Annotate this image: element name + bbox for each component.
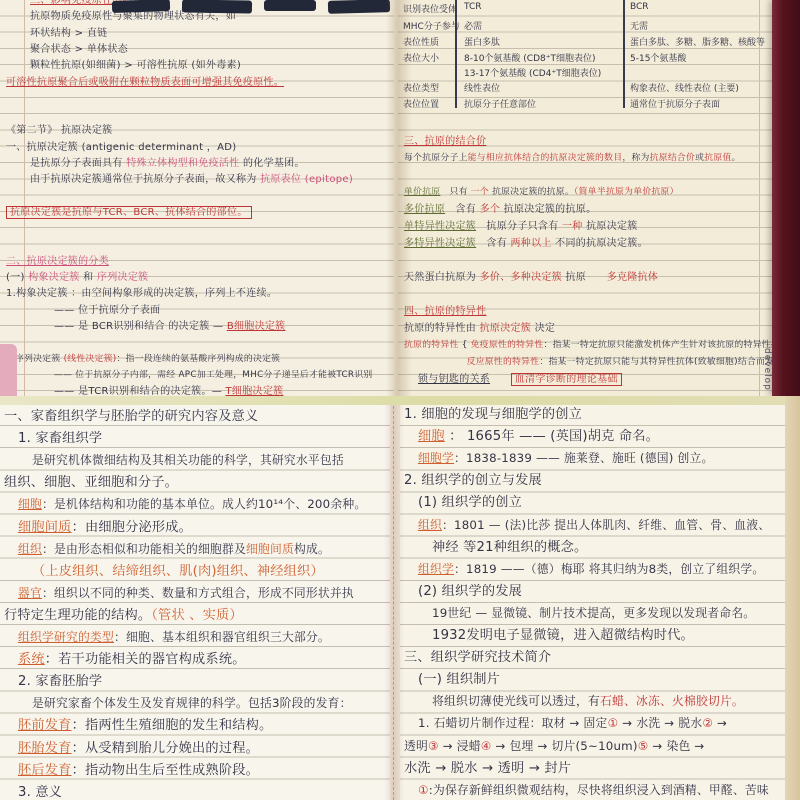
text-segment: 抗原表位 (epitope) (260, 174, 353, 185)
text-segment: 是研究机体微细结构及其相关功能的科学，其研究水平包括 (32, 453, 344, 467)
text-segment: 19世纪 — 显微镜、制片技术提高，更多发现以发现者命名。 (432, 606, 755, 620)
text-segment: (线性决定簇) (64, 354, 117, 364)
notebook-spine (386, 0, 412, 396)
note-line: 抗原决定簇是抗原与TCR、BCR、抗体结合的部位。 (6, 205, 252, 220)
note-line: 四、抗原的特异性 (404, 304, 486, 319)
text-segment: 抗原决定簇 (480, 323, 532, 334)
text-segment (490, 374, 511, 385)
text-segment: 和 (80, 272, 97, 283)
text-segment: 只有 (440, 187, 470, 197)
text-segment: 不同的抗原决定簇。 (552, 238, 648, 249)
text-segment: 两种以上 (511, 238, 552, 249)
note-line: 是研究机体微细结构及其相关功能的科学，其研究水平包括 (32, 450, 344, 471)
note-line: 胚后发育：指动物出生后至性成熟阶段。 (18, 760, 259, 781)
text-segment: ：是机体结构和功能的基本单位。成人约10¹⁴个、200余种。 (42, 497, 366, 511)
note-line: 锁与钥匙的关系 血清学诊断的理论基础 (418, 372, 622, 387)
note-line: 由于抗原决定簇通常位于抗原分子表面，故又称为 抗原表位 (epitope) (30, 172, 353, 187)
note-line: 《第二节》 抗原决定簇 (6, 123, 112, 138)
notebook-spine (384, 396, 404, 800)
note-line: 颗粒性抗原(如细菌) > 可溶性抗原 (如外毒素) (30, 58, 241, 73)
text-segment: 组织 (418, 518, 442, 532)
text-segment: 器官 (18, 586, 42, 600)
note-line: 2.序列决定簇 (线性决定簇)：指一段连续的氨基酸序列构成的决定簇 (6, 352, 280, 367)
margin-note: develop (760, 348, 772, 391)
text-segment: → 染色 → (648, 739, 704, 753)
note-line: 是抗原分子表面具有 特殊立体构型和免疫活性 的化学基团。 (30, 156, 305, 171)
text-segment: ：指两性生殖细胞的发生和结构。 (72, 718, 273, 733)
note-line: 1. 细胞的发现与细胞学的创立 (404, 404, 582, 425)
note-line: 器官：组织以不同的种类、数量和方式组合，形成不同形状并执 (18, 583, 354, 604)
text-segment: 天然蛋白抗原为 (404, 272, 480, 283)
text-segment: 2. 家畜胚胎学 (18, 674, 102, 689)
text-segment: 每个抗原分子上 (404, 153, 468, 163)
text-segment: 特殊立体构型和免疫活性 (126, 158, 239, 169)
text-segment: 透明 (404, 739, 428, 753)
text-segment: 抗原决定簇的抗原。 (500, 204, 596, 215)
note-line: —— 是TCR识别和结合的决定簇。— T细胞决定簇 (54, 384, 283, 396)
text-segment: 三、组织学研究技术简介 (404, 650, 551, 665)
text-segment: ① (608, 716, 619, 730)
text-segment: 一、家畜组织学与胚胎学的研究内容及意义 (4, 409, 258, 424)
text-segment: 多特异性决定簇 (404, 238, 476, 249)
text-segment: 抗原 (562, 272, 607, 283)
text-segment: 免疫原性的特异性 (471, 340, 544, 350)
text-segment: 神经 等21种组织的概念。 (432, 540, 587, 555)
text-segment: 细胞 (18, 497, 42, 511)
note-line: （上皮组织、结缔组织、肌(肉)组织、神经组织） (32, 561, 324, 582)
text-segment: 胚后发育 (18, 763, 72, 778)
text-segment: 《第二节》 抗原决定簇 (6, 125, 112, 136)
text-segment: 聚合状态 > 单体状态 (30, 44, 128, 55)
text-segment: —— 是 BCR识别和结合 的决定簇 — (54, 321, 227, 332)
text-segment: 抗原的特异性 (404, 340, 459, 350)
text-segment: 一个 (471, 187, 489, 197)
note-line: 抗原的特异性由 抗原决定簇 决定 (404, 321, 555, 336)
note-line: 细胞间质：由细胞分泌形成。 (18, 517, 192, 538)
cutoff-title-strokes (112, 0, 170, 13)
text-segment: 可溶性抗原聚合后或吸附在颗粒物质表面可增强其免疫原性。 (6, 77, 284, 88)
note-line: 组织：是由形态相似和功能相关的细胞群及细胞间质构成。 (18, 539, 330, 560)
note-line: 是研究家畜个体发生及发育规律的科学。包括3阶段的发育： (32, 693, 352, 714)
text-segment: → 水洗 → 脱水 (618, 716, 702, 730)
text-segment: ： 1665年 —— (英国)胡克 命名。 (445, 429, 659, 444)
text-segment: 细胞学 (418, 451, 454, 465)
note-line: 多特异性决定簇 含有 两种以上 不同的抗原决定簇。 (404, 236, 648, 251)
note-line: —— 是 BCR识别和结合 的决定簇 — B细胞决定簇 (54, 319, 285, 334)
page-bottom-left: 一、家畜组织学与胚胎学的研究内容及意义1. 家畜组织学是研究机体微细结构及其相关… (0, 404, 390, 800)
note-line: 单价抗原 只有 一个 抗原决定簇的抗原。（简单半抗原为单价抗原） (404, 185, 679, 200)
text-segment: 1. 家畜组织学 (18, 431, 102, 446)
text-segment: ③ (428, 739, 439, 753)
note-line: 1. 石蜡切片制作过程：取材 → 固定① → 水洗 → 脱水② → (418, 713, 727, 734)
text-segment: 血清学诊断的理论基础 (511, 373, 622, 386)
text-segment: 行特定生理功能的结构。 (4, 608, 151, 623)
note-line: (一) 组织制片 (418, 669, 500, 690)
text-segment: 二、抗原决定簇的分类 (6, 256, 109, 267)
text-segment: 1.构象决定簇 ：由空间构象形成的决定簇，序列上不连续。 (6, 288, 277, 299)
text-segment: 石蜡、冰冻、火棉胶切片。 (600, 694, 744, 708)
table-cell: TCR (464, 2, 482, 12)
text-segment: 含有 (476, 238, 510, 249)
text-segment: 一、抗原决定簇 (antigenic determinant ，AD) (6, 142, 236, 153)
note-line: 组织学：1819 ——（德）梅耶 将其归纳为8类，创立了组织学。 (418, 559, 764, 580)
note-line: 细胞 ： 1665年 —— (英国)胡克 命名。 (418, 426, 659, 447)
text-segment: 三、抗原的结合价 (404, 136, 486, 147)
note-line: 1.构象决定簇 ：由空间构象形成的决定簇，序列上不连续。 (6, 286, 277, 301)
table-cell: 8-10个氨基酸 (CD8⁺T细胞表位) (464, 51, 596, 64)
text-segment: 构成。 (294, 542, 330, 556)
notes-photo: 三、影响免疫原性的物理性质抗原物质免疫原性与聚集的物理状态有关，如环状结构 > … (0, 0, 800, 800)
note-line: 组织：1801 — (法)比莎 提出人体肌肉、纤维、血管、骨、血液、 (418, 515, 770, 536)
note-line: 2. 组织学的创立与发展 (404, 470, 542, 491)
text-segment: 决定 (531, 323, 555, 334)
note-line: 1932发明电子显微镜，进入超微结构时代。 (432, 625, 694, 646)
text-segment: 3. 意义 (18, 785, 62, 800)
text-segment: ：指动物出生后至性成熟阶段。 (72, 763, 259, 778)
notebook-edge (785, 396, 800, 800)
note-line: 水洗 → 脱水 → 透明 → 封片 (404, 758, 571, 779)
text-segment: 2. 组织学的创立与发展 (404, 473, 542, 488)
text-segment: ：指一段连续的氨基酸序列构成的决定簇 (117, 354, 281, 364)
text-segment: ④ (481, 739, 492, 753)
note-line: 透明③ → 浸蜡④ → 包埋 → 切片(5~10um)⑤ → 染色 → (404, 736, 704, 757)
margin-line (24, 0, 25, 396)
text-segment: ：是由形态相似和功能相关的细胞群及 (42, 542, 246, 556)
text-segment: 细胞间质 (246, 542, 294, 556)
text-segment: 是抗原分子表面具有 (30, 158, 126, 169)
pink-bookmark-corner (0, 344, 17, 396)
text-segment: 1. 细胞的发现与细胞学的创立 (404, 407, 582, 422)
text-segment: 一种 (562, 221, 583, 232)
table-cell: 无需 (630, 19, 648, 32)
text-segment: ：指某一特定抗原只能激发机体产生针对该抗原的特异性抗体。 (543, 340, 772, 350)
text-segment: :为保存新鲜组织微观结构，尽快将组织浸入到酒精、甲醛、苦味 (429, 783, 769, 797)
text-segment: 将组织切薄使光线可以透过，有 (432, 694, 600, 708)
table-cell: 13-17个氨基酸 (CD4⁺T细胞表位) (464, 66, 601, 79)
table-cell: 构象表位、线性表位 (主要) (630, 81, 739, 94)
text-segment: 组织学研究的类型 (18, 630, 114, 644)
text-segment: 能与相应抗体结合的抗原决定簇的数目 (468, 153, 623, 163)
text-segment: 单特异性决定簇 (404, 221, 476, 232)
text-segment: ：由细胞分泌形成。 (72, 520, 193, 535)
text-segment (418, 357, 467, 367)
text-segment: 抗原决定簇是抗原与TCR、BCR、抗体结合的部位。 (6, 206, 252, 219)
text-segment: 是研究家畜个体发生及发育规律的科学。包括3阶段的发育： (32, 696, 352, 710)
text-segment: ⑤ (638, 739, 649, 753)
photo-top-half: 三、影响免疫原性的物理性质抗原物质免疫原性与聚集的物理状态有关，如环状结构 > … (0, 0, 800, 396)
text-segment: 抗原决定簇 (583, 221, 638, 232)
text-segment: B细胞决定簇 (227, 321, 286, 332)
text-segment: ：若干功能相关的器官构成系统。 (45, 652, 246, 667)
margin-line (759, 0, 760, 396)
text-segment: 四、抗原的特异性 (404, 306, 486, 317)
note-line: 3. 意义 (18, 782, 62, 800)
note-line: 组织、细胞、亚细胞和分子。 (4, 472, 178, 493)
table-column-divider (623, 0, 625, 108)
table-cell: 蛋白多肽、多糖、脂多糖、核酸等 (630, 35, 765, 48)
note-line: 神经 等21种组织的概念。 (432, 537, 587, 558)
text-segment: 1. 石蜡切片制作过程：取材 → 固定 (418, 716, 608, 730)
text-segment: 组织学 (418, 562, 454, 576)
note-line: 1. 家畜组织学 (18, 428, 102, 449)
text-segment: —— 位于抗原分子表面 (54, 305, 160, 316)
text-segment: ：组织以不同的种类、数量和方式组合，形成不同形状并执 (42, 586, 354, 600)
text-segment: —— 是TCR识别和结合的决定簇。— (54, 386, 226, 396)
text-segment: → (713, 716, 727, 730)
text-segment: ：指某一特定抗原只能与其特异性抗体(致敏细胞)结合而发挥反应 (539, 357, 772, 367)
note-line: 反应原性的特异性：指某一特定抗原只能与其特异性抗体(致敏细胞)结合而发挥反应 (418, 355, 772, 370)
text-segment: (2) 组织学的发展 (418, 584, 522, 599)
text-segment: { (459, 340, 471, 350)
text-segment: 胚前发育 (18, 718, 72, 733)
table-cell: BCR (630, 2, 649, 12)
photo-bottom-half: 一、家畜组织学与胚胎学的研究内容及意义1. 家畜组织学是研究机体微细结构及其相关… (0, 396, 800, 800)
text-segment: ：1801 — (法)比莎 提出人体肌肉、纤维、血管、骨、血液、 (442, 518, 770, 532)
text-segment: ：1838-1839 —— 施莱登、施旺 (德国) 创立。 (454, 451, 713, 465)
table-cell: 5-15个氨基酸 (630, 51, 686, 64)
note-line: 胚前发育：指两性生殖细胞的发生和结构。 (18, 715, 272, 736)
text-segment: 细胞 (418, 429, 445, 444)
text-segment: 抗原分子只含有 (476, 221, 562, 232)
text-segment: （简单半抗原为单价抗原） (574, 187, 679, 197)
note-line: 抗原的特异性 { 免疫原性的特异性：指某一特定抗原只能激发机体产生针对该抗原的特… (404, 338, 772, 353)
cutoff-title-strokes (182, 0, 252, 14)
text-segment: 抗原的特异性由 (404, 323, 480, 334)
note-line: 将组织切薄使光线可以透过，有石蜡、冰冻、火棉胶切片。 (432, 691, 744, 712)
note-line: 2. 家畜胚胎学 (18, 671, 102, 692)
note-line: 每个抗原分子上能与相应抗体结合的抗原决定簇的数目，称为抗原结合价或抗原值。 (404, 151, 741, 166)
text-segment: 的化学基团。 (240, 158, 305, 169)
table-cell: 抗原分子任意部位 (464, 97, 536, 110)
cutoff-title-strokes (264, 0, 316, 11)
note-line: 三、抗原的结合价 (404, 134, 486, 149)
text-segment: 细胞间质 (18, 520, 72, 535)
text-segment: 序列决定簇 (97, 272, 149, 283)
text-segment: 由于抗原决定簇通常位于抗原分子表面，故又称为 (30, 174, 260, 185)
text-segment: → 浸蜡 (439, 739, 481, 753)
page-top-left: 三、影响免疫原性的物理性质抗原物质免疫原性与聚集的物理状态有关，如环状结构 > … (0, 0, 394, 396)
note-line: 三、组织学研究技术简介 (404, 647, 551, 668)
text-segment: 。 (732, 153, 741, 163)
text-segment: 环状结构 > 直链 (30, 28, 107, 39)
note-line: 细胞学：1838-1839 —— 施莱登、施旺 (德国) 创立。 (418, 448, 713, 469)
text-segment: 多克隆抗体 (607, 272, 659, 283)
table-cell: 必需 (464, 19, 482, 32)
text-segment: ，称为 (622, 153, 649, 163)
text-segment: 抗原值 (704, 153, 731, 163)
text-segment: ：细胞、基本组织和器官组织三大部分。 (114, 630, 330, 644)
page-top-right: 识别表位受体TCRBCRMHC分子参与必需无需表位性质蛋白多肽蛋白多肽、多糖、脂… (398, 0, 772, 396)
cutoff-title-strokes (328, 0, 390, 14)
note-line: 环状结构 > 直链 (30, 26, 107, 41)
table-cell: 蛋白多肽 (464, 35, 500, 48)
note-line: 一、家畜组织学与胚胎学的研究内容及意义 (4, 406, 258, 427)
note-line: (1) 组织学的创立 (418, 492, 522, 513)
notebook-cover-edge (772, 0, 800, 396)
text-segment: 抗原结合价 (650, 153, 696, 163)
text-segment: 含有 (445, 204, 479, 215)
text-segment: 抗原决定簇的抗原。 (489, 187, 574, 197)
text-segment: → 包埋 → 切片(5~10um) (492, 739, 638, 753)
note-line: 多价抗原 含有 多个 抗原决定簇的抗原。 (404, 202, 596, 217)
note-line: 行特定生理功能的结构。（管状 、实质） (4, 605, 243, 626)
note-line: 系统：若干功能相关的器官构成系统。 (18, 649, 246, 670)
text-segment: （上皮组织、结缔组织、肌(肉)组织、神经组织） (32, 564, 324, 579)
text-segment: (一) (6, 272, 28, 283)
note-line: 二、抗原决定簇的分类 (6, 254, 109, 269)
table-column-divider (455, 0, 457, 108)
table-cell: 通常位于抗原分子表面 (630, 97, 720, 110)
text-segment: T细胞决定簇 (226, 386, 284, 396)
note-line: (一) 构象决定簇 和 序列决定簇 (6, 270, 148, 285)
note-line: 一、抗原决定簇 (antigenic determinant ，AD) (6, 140, 236, 155)
note-line: 胚胎发育：从受精到胎儿分娩出的过程。 (18, 738, 259, 759)
note-line: 单特异性决定簇 抗原分子只含有 一种 抗原决定簇 (404, 219, 638, 234)
text-segment: 多个 (480, 204, 501, 215)
note-line: 天然蛋白抗原为 多价、多种决定簇 抗原 多克隆抗体 (404, 270, 658, 285)
text-segment: 组织、细胞、亚细胞和分子。 (4, 475, 178, 490)
text-segment: 或 (695, 153, 704, 163)
table-cell: 线性表位 (464, 81, 500, 94)
text-segment: (1) 组织学的创立 (418, 495, 522, 510)
note-line: 细胞：是机体结构和功能的基本单位。成人约10¹⁴个、200余种。 (18, 494, 366, 515)
text-segment: (一) 组织制片 (418, 672, 500, 687)
text-segment: 系统 (18, 652, 45, 667)
text-segment: 组织 (18, 542, 42, 556)
photo-seam (0, 396, 800, 405)
text-segment: （管状 、实质） (151, 608, 243, 623)
note-line: (2) 组织学的发展 (418, 581, 522, 602)
text-segment: 构象决定簇 (28, 272, 80, 283)
note-line: 19世纪 — 显微镜、制片技术提高，更多发现以发现者命名。 (432, 603, 755, 624)
text-segment: 锁与钥匙的关系 (418, 374, 490, 385)
text-segment: 颗粒性抗原(如细菌) > 可溶性抗原 (如外毒素) (30, 60, 241, 71)
note-line: 组织学研究的类型：细胞、基本组织和器官组织三大部分。 (18, 627, 330, 648)
text-segment: 1932发明电子显微镜，进入超微结构时代。 (432, 628, 694, 643)
text-segment: ① (418, 783, 429, 797)
text-segment: 多价、多种决定簇 (480, 272, 562, 283)
note-line: 聚合状态 > 单体状态 (30, 42, 128, 57)
text-segment: —— 位于抗原分子内部，需经 APC加工处理，MHC分子递呈后才能被TCR识别 (54, 370, 373, 380)
text-segment: 水洗 → 脱水 → 透明 → 封片 (404, 761, 571, 776)
note-line: ①:为保存新鲜组织微观结构，尽快将组织浸入到酒精、甲醛、苦味 (418, 780, 769, 800)
text-segment: ：1819 ——（德）梅耶 将其归纳为8类，创立了组织学。 (454, 562, 764, 576)
note-line: —— 位于抗原分子内部，需经 APC加工处理，MHC分子递呈后才能被TCR识别 (54, 368, 373, 383)
page-bottom-right: 1. 细胞的发现与细胞学的创立细胞 ： 1665年 —— (英国)胡克 命名。细… (400, 404, 786, 800)
text-segment: ② (702, 716, 713, 730)
text-segment: ：从受精到胎儿分娩出的过程。 (72, 741, 259, 756)
text-segment: 反应原性的特异性 (467, 357, 540, 367)
text-segment: 抗原物质免疫原性与聚集的物理状态有关，如 (30, 11, 236, 22)
text-segment: 胚胎发育 (18, 741, 72, 756)
note-line: —— 位于抗原分子表面 (54, 303, 160, 318)
note-line: 可溶性抗原聚合后或吸附在颗粒物质表面可增强其免疫原性。 (6, 75, 284, 90)
